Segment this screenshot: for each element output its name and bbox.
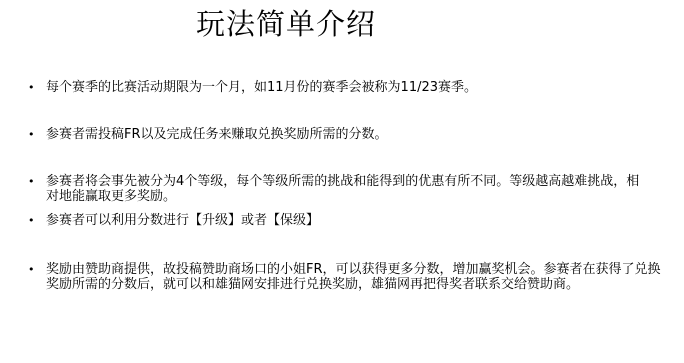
list-item: • 参赛者需投稿FR以及完成任务来赚取兑换奖励所需的分数。 <box>28 127 668 142</box>
bullet-icon: • <box>28 174 35 189</box>
list-item: • 奖励由赞助商提供，故投稿赞助商场口的小姐FR，可以获得更多分数，增加赢奖机会… <box>28 262 664 292</box>
bullet-icon: • <box>28 262 35 277</box>
list-item: • 参赛者可以利用分数进行【升级】或者【保级】 <box>28 213 668 228</box>
list-item: • 参赛者将会事先被分为4个等级，每个等级所需的挑战和能得到的优惠有所不同。等级… <box>28 174 643 204</box>
bullet-icon: • <box>28 80 35 95</box>
bullet-icon: • <box>28 213 35 228</box>
bullet-icon: • <box>28 127 35 142</box>
list-item-text: 参赛者需投稿FR以及完成任务来赚取兑换奖励所需的分数。 <box>46 127 668 142</box>
list-item-text: 奖励由赞助商提供，故投稿赞助商场口的小姐FR，可以获得更多分数，增加赢奖机会。参… <box>46 262 664 292</box>
list-item-text: 参赛者将会事先被分为4个等级，每个等级所需的挑战和能得到的优惠有所不同。等级越高… <box>46 174 643 204</box>
page-title: 玩法简单介绍 <box>196 6 376 42</box>
list-item-text: 参赛者可以利用分数进行【升级】或者【保级】 <box>46 213 668 228</box>
list-item-text: 每个赛季的比赛活动期限为一个月，如11月份的赛季会被称为11/23赛季。 <box>46 80 668 95</box>
list-item: • 每个赛季的比赛活动期限为一个月，如11月份的赛季会被称为11/23赛季。 <box>28 80 668 95</box>
